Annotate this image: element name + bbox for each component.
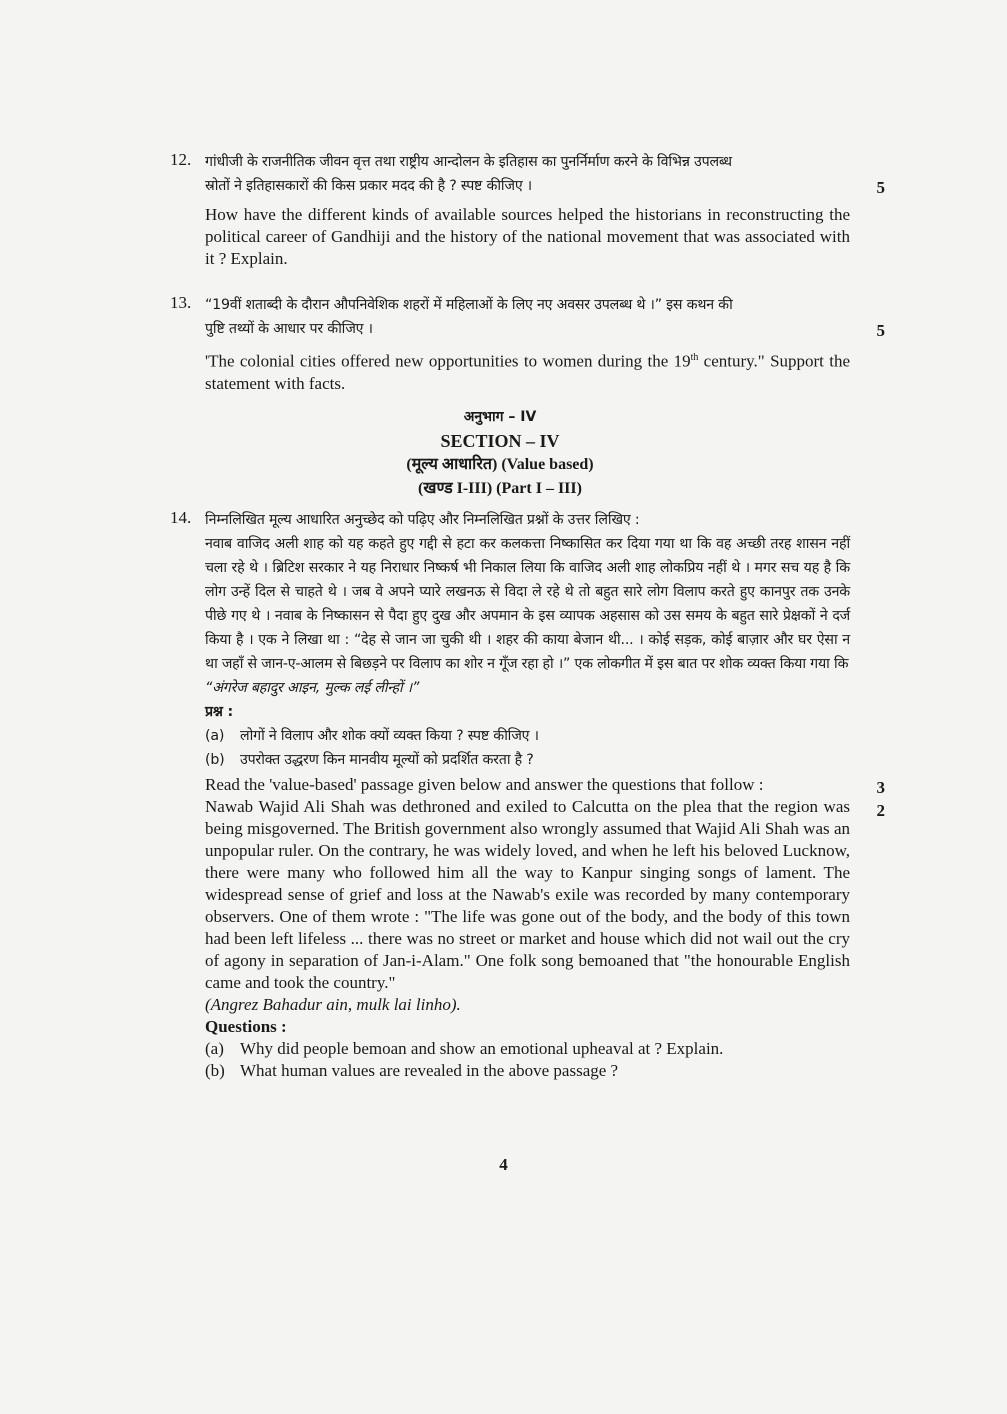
question-hindi-line: स्रोतों ने इतिहासकारों की किस प्रकार मदद… [205,174,850,198]
page-number: 4 [0,1155,1007,1175]
english-subquestion-a: (a) Why did people bemoan and show an em… [205,1038,850,1060]
question-hindi-line: पुष्टि तथ्यों के आधार पर कीजिए । [205,317,850,341]
question-english-text: How have the different kinds of availabl… [205,204,850,270]
marks: 5 [877,178,886,198]
hindi-subquestion-b: (b) उपरोक्त उद्धरण किन मानवीय मूल्यों को… [205,748,850,772]
english-subquestion-b: (b) What human values are revealed in th… [205,1060,850,1082]
english-passage: Nawab Wajid Ali Shah was dethroned and e… [205,796,850,994]
question-14: 14. निम्नलिखित मूल्य आधारित अनुच्छेद को … [170,508,885,1082]
hindi-questions-label: प्रश्न : [205,700,850,724]
question-hindi-line: “19वीं शताब्दी के दौरान औपनिवेशिक शहरों … [205,293,850,317]
hindi-quote: “अंगरेज बहादुर आइन, मुल्क लई लीन्हों ।” [205,676,850,700]
english-instruction: Read the 'value-based' passage given bel… [205,774,850,796]
question-english-text: 'The colonial cities offered new opportu… [205,347,850,395]
question-13: 13. “19वीं शताब्दी के दौरान औपनिवेशिक शह… [170,293,885,395]
section-title: SECTION – IV [300,429,700,453]
question-number: 12. [170,150,191,170]
question-number: 13. [170,293,191,313]
hindi-subquestion-a: (a) लोगों ने विलाप और शोक क्यों व्यक्त क… [205,724,850,748]
english-quote: (Angrez Bahadur ain, mulk lai linho). [205,994,850,1016]
exam-page: 12. गांधीजी के राजनीतिक जीवन वृत्त तथा र… [0,0,1007,1414]
marks-a: 3 [877,778,886,798]
section-parts: (खण्ड I-III) (Part I – III) [300,477,700,501]
section-hindi-title: अनुभाग – IV [300,405,700,429]
marks: 5 [877,321,886,341]
english-questions-label: Questions : [205,1016,850,1038]
section-subtitle: (मूल्य आधारित) (Value based) [300,453,700,477]
question-hindi-line: गांधीजी के राजनीतिक जीवन वृत्त तथा राष्ट… [205,150,850,174]
hindi-instruction: निम्नलिखित मूल्य आधारित अनुच्छेद को पढ़ि… [205,508,850,532]
section-heading: अनुभाग – IV SECTION – IV (मूल्य आधारित) … [300,405,700,501]
question-number: 14. [170,508,191,528]
marks-b: 2 [877,801,886,821]
hindi-passage: नवाब वाजिद अली शाह को यह कहते हुए गद्दी … [205,532,850,676]
question-12: 12. गांधीजी के राजनीतिक जीवन वृत्त तथा र… [170,150,885,270]
